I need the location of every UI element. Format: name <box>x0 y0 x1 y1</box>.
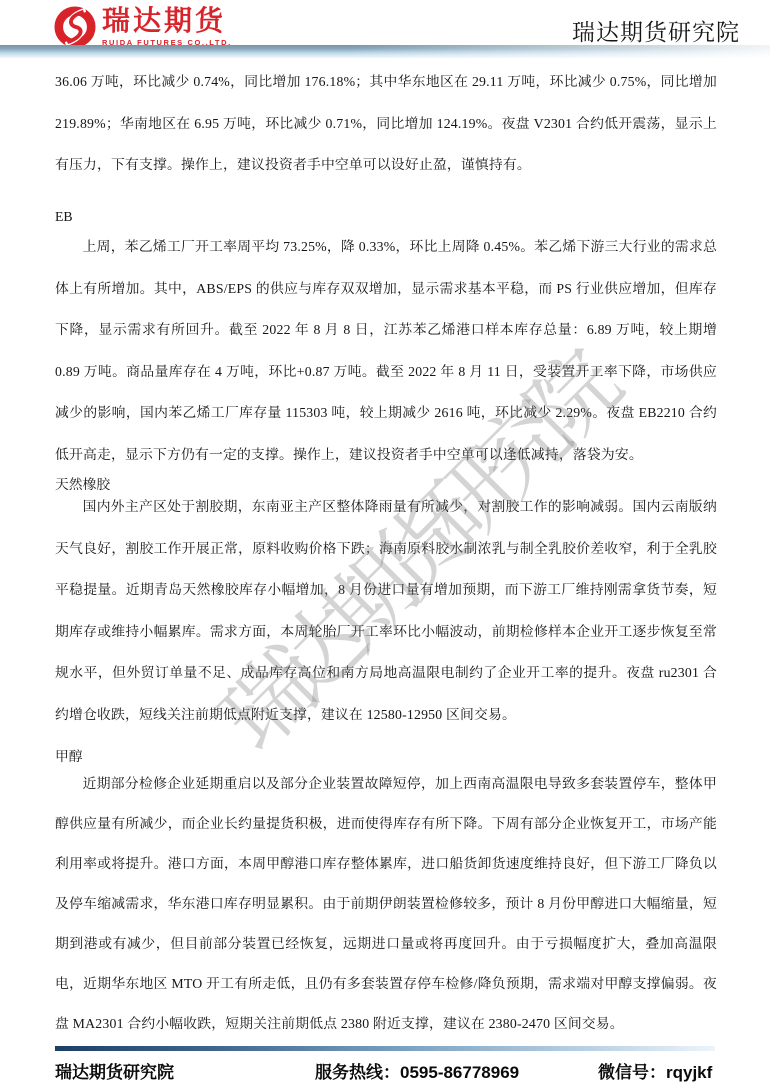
wechat-id: rqyjkf <box>666 1063 712 1082</box>
paragraph: 上周，苯乙烯工厂开工率周平均 73.25%，降 0.33%，环比上周降 0.45… <box>55 226 717 475</box>
footer-wechat: 微信号：rqyjkf <box>598 1058 712 1083</box>
ruida-swirl-icon <box>54 6 96 48</box>
paragraph: 国内外主产区处于割胶期，东南亚主产区整体降雨量有所减少，对割胶工作的影响减弱。国… <box>55 486 717 735</box>
header-divider-band <box>0 45 770 58</box>
footer-hotline: 服务热线：0595-86778969 <box>315 1058 519 1083</box>
wechat-label: 微信号： <box>598 1063 666 1082</box>
brand-name-cn: 瑞达期货 <box>102 6 232 36</box>
footer: 瑞达期货研究院 服务热线：0595-86778969 微信号：rqyjkf <box>55 1058 717 1084</box>
section-rubber: 国内外主产区处于割胶期，东南亚主产区整体降雨量有所减少，对割胶工作的影响减弱。国… <box>55 486 717 736</box>
section-continued: 36.06 万吨，环比减少 0.74%，同比增加 176.18%；其中华东地区在… <box>55 61 717 188</box>
paragraph: 近期部分检修企业延期重启以及部分企业装置故障短停，加上西南高温限电导致多套装置停… <box>55 764 717 1044</box>
footer-divider-line <box>55 1046 715 1051</box>
hotline-number: 0595-86778969 <box>400 1063 519 1082</box>
report-page: 瑞达期货 RUIDA FUTURES CO.,LTD. 瑞达期货研究院 瑞达期货… <box>0 0 770 1089</box>
footer-institute: 瑞达期货研究院 <box>55 1058 174 1083</box>
hotline-label: 服务热线： <box>315 1063 400 1082</box>
section-eb: 上周，苯乙烯工厂开工率周平均 73.25%，降 0.33%，环比上周降 0.45… <box>55 226 717 476</box>
ruida-logo: 瑞达期货 RUIDA FUTURES CO.,LTD. <box>54 6 232 48</box>
header-institute-title: 瑞达期货研究院 <box>572 14 740 47</box>
logo-text: 瑞达期货 RUIDA FUTURES CO.,LTD. <box>102 6 232 47</box>
section-methanol: 近期部分检修企业延期重启以及部分企业装置故障短停，加上西南高温限电导致多套装置停… <box>55 764 717 1046</box>
paragraph: 36.06 万吨，环比减少 0.74%，同比增加 176.18%；其中华东地区在… <box>55 61 717 186</box>
